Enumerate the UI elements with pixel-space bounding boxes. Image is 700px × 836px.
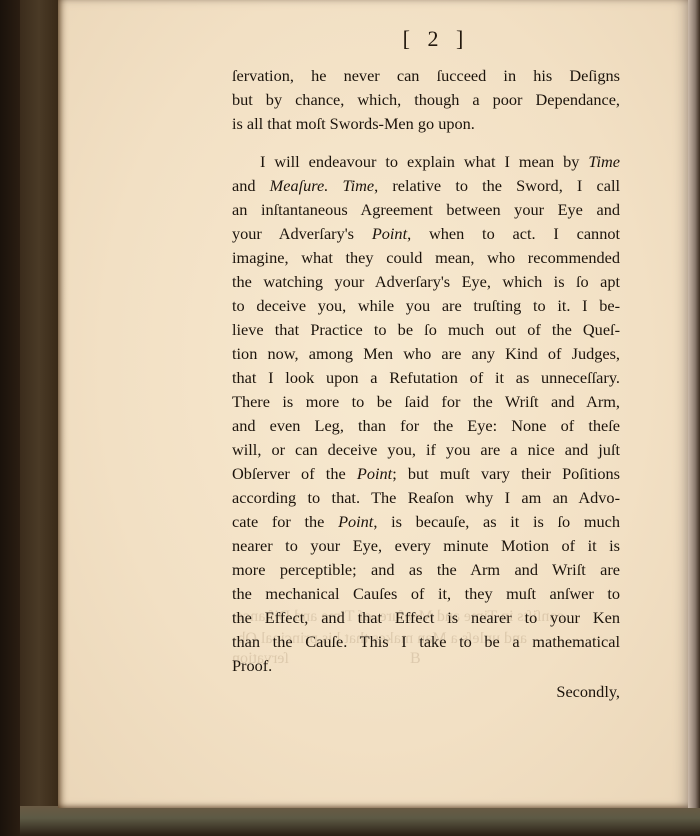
text-line: is all that moſt Swords-Men go upon. bbox=[232, 112, 620, 136]
text-line: but by chance, which, though a poor Depe… bbox=[232, 88, 620, 112]
text-line: the mechanical Cauſes of it, they muſt a… bbox=[232, 582, 620, 606]
book-board-edge bbox=[20, 0, 58, 812]
text-line: tion now, among Men who are any Kind of … bbox=[232, 342, 620, 366]
book-binding-left bbox=[0, 0, 20, 836]
text-line: cate for the Point, is becauſe, as it is… bbox=[232, 510, 620, 534]
catchword: Secondly, bbox=[556, 682, 620, 702]
text-line: more perceptible; and as the Arm and Wri… bbox=[232, 558, 620, 582]
text-line: will, or can deceive you, if you are a n… bbox=[232, 438, 620, 462]
text-line: Proof. bbox=[232, 654, 620, 678]
book-board-bottom bbox=[20, 806, 700, 836]
page-right-edge bbox=[688, 0, 700, 808]
text-line: than the Cauſe. This I take to be a math… bbox=[232, 630, 620, 654]
text-line: an inſtantaneous Agreement between your … bbox=[232, 198, 620, 222]
text-line: Obſerver of the Point; but muſt vary the… bbox=[232, 462, 620, 486]
text-line: and even Leg, than for the Eye: None of … bbox=[232, 414, 620, 438]
text-line: to deceive you, while you are truſting t… bbox=[232, 294, 620, 318]
text-line: and Meaſure. Time, relative to the Sword… bbox=[232, 174, 620, 198]
page-number: [ 2 ] bbox=[232, 26, 620, 52]
text-line: There is more to be ſaid for the Wriſt a… bbox=[232, 390, 620, 414]
text-line: your Adverſary's Point, when to act. I c… bbox=[232, 222, 620, 246]
text-line: the Effect, and that Effect is nearer to… bbox=[232, 606, 620, 630]
text-line: the watching your Adverſary's Eye, which… bbox=[232, 270, 620, 294]
text-line: ſervation, he never can ſucceed in his D… bbox=[232, 64, 620, 88]
text-line: according to that. The Reaſon why I am a… bbox=[232, 486, 620, 510]
text-line: nearer to your Eye, every minute Motion … bbox=[232, 534, 620, 558]
text-line: I will endeavour to explain what I mean … bbox=[232, 150, 620, 174]
text-line: imagine, what they could mean, who recom… bbox=[232, 246, 620, 270]
text-line: that I look upon a Refutation of it as u… bbox=[232, 366, 620, 390]
text-line: lieve that Practice to be ſo much out of… bbox=[232, 318, 620, 342]
